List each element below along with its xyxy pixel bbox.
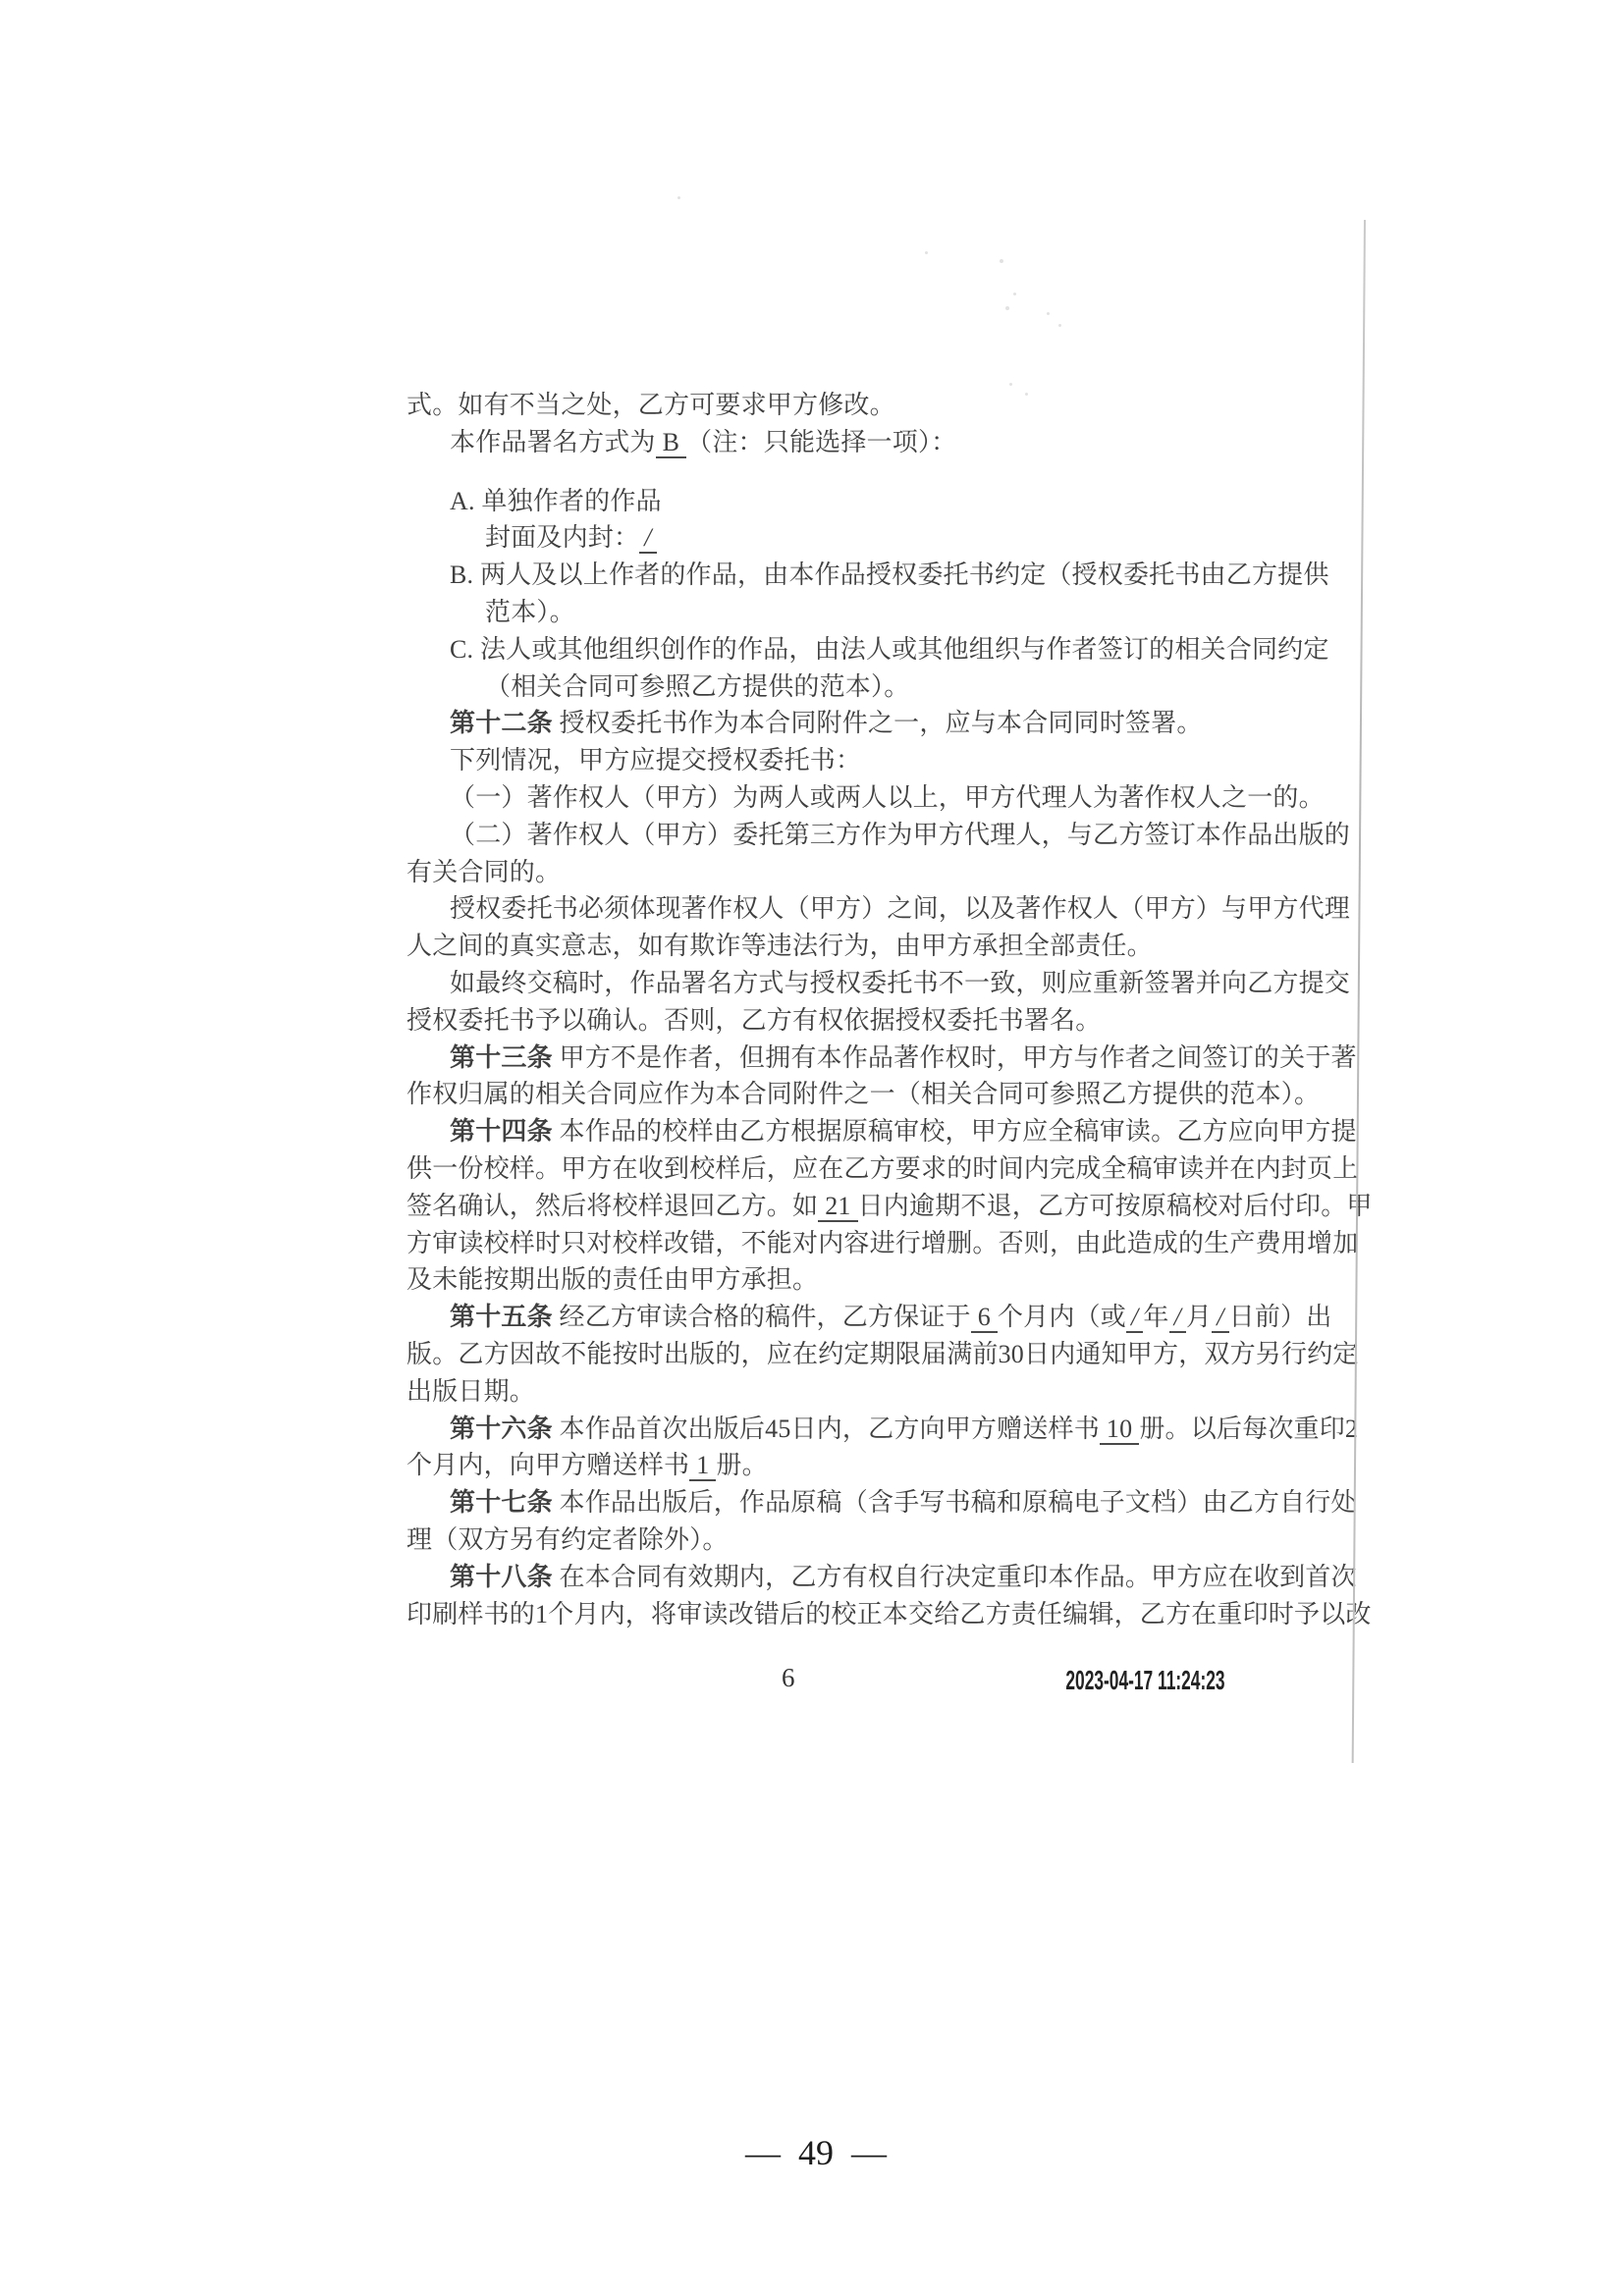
scanned-contract-page: 式。如有不当之处，乙方可要求甲方修改。 本作品署名方式为B（注：只能选择一项）：… [0, 0, 1624, 2296]
scan-speckle [1009, 383, 1012, 386]
text-segment: （二）著作权人（甲方）委托第三方作为甲方代理人，与乙方签订本作品出版的 [450, 821, 1350, 849]
document-line: 供一份校样。甲方在收到校样后，应在乙方要求的时间内完成全稿审读并在内封页上 [406, 1150, 1255, 1188]
text-segment: 册。 [716, 1451, 767, 1479]
text-segment: 个月内（或 [998, 1303, 1126, 1331]
filled-blank-value: 1 [689, 1451, 716, 1481]
text-segment: 版。乙方因故不能按时出版的，应在约定期限届满前30日内通知甲方，双方另行约定 [406, 1340, 1359, 1368]
text-segment: 人之间的真实意志，如有欺诈等违法行为，由甲方承担全部责任。 [406, 932, 1153, 960]
filled-blank-value: / [639, 523, 656, 554]
text-segment: 本作品出版后，作品原稿（含手写书稿和原稿电子文档）由乙方自行处 [553, 1488, 1357, 1517]
contract-body: 式。如有不当之处，乙方可要求甲方修改。 本作品署名方式为B（注：只能选择一项）：… [406, 387, 1255, 1632]
document-line: 授权委托书予以确认。否则，乙方有权依据授权委托书署名。 [406, 1002, 1255, 1040]
scan-speckle [1005, 306, 1009, 310]
document-line-article-17: 第十七条 本作品出版后，作品原稿（含手写书稿和原稿电子文档）由乙方自行处 [406, 1484, 1255, 1522]
text-segment: C. 法人或其他组织创作的作品，由法人或其他组织与作者签订的相关合同约定 [450, 635, 1329, 664]
text-segment: 方审读校样时只对校样改错，不能对内容进行增删。否则，由此造成的生产费用增加 [406, 1229, 1358, 1257]
filled-blank-value: / [1169, 1303, 1186, 1333]
clause-heading: 第十五条 [450, 1303, 553, 1331]
document-line: 及未能按期出版的责任由甲方承担。 [406, 1261, 1255, 1299]
text-segment: 在本合同有效期内，乙方有权自行决定重印本作品。甲方应在收到首次 [553, 1563, 1357, 1591]
text-segment: 月 [1186, 1303, 1212, 1331]
text-segment: 授权委托书作为本合同附件之一，应与本合同同时签署。 [553, 709, 1203, 737]
text-segment: 甲方不是作者，但拥有本作品著作权时，甲方与作者之间签订的关于著 [553, 1043, 1357, 1072]
text-segment: 作权归属的相关合同应作为本合同附件之一（相关合同可参照乙方提供的范本）。 [406, 1080, 1320, 1108]
filled-blank-value: 6 [971, 1303, 998, 1333]
filled-blank-value: 21 [818, 1192, 857, 1222]
text-segment: 本作品署名方式为 [450, 428, 656, 456]
filled-blank-value: / [1126, 1303, 1143, 1333]
text-segment: 授权委托书必须体现著作权人（甲方）之间，以及著作权人（甲方）与甲方代理 [450, 894, 1350, 923]
text-segment: 年 [1143, 1303, 1168, 1331]
clause-heading: 第十七条 [450, 1488, 553, 1517]
document-line: 有关合同的。 [406, 854, 1255, 891]
book-page-number: — 49 — [406, 2132, 1225, 2173]
clause-heading: 第十六条 [450, 1415, 553, 1443]
document-line: 范本）。 [406, 594, 1255, 631]
document-line-article-12: 第十二条 授权委托书作为本合同附件之一，应与本合同同时签署。 [406, 705, 1255, 742]
document-line: 个月内，向甲方赠送样书1册。 [406, 1447, 1255, 1484]
document-line: 版。乙方因故不能按时出版的，应在约定期限届满前30日内通知甲方，双方另行约定 [406, 1336, 1255, 1373]
document-line: 签名确认，然后将校样退回乙方。如21日内逾期不退，乙方可按原稿校对后付印。甲 [406, 1188, 1255, 1225]
text-segment: B. 两人及以上作者的作品，由本作品授权委托书约定（授权委托书由乙方提供 [450, 561, 1329, 589]
document-line-article-18: 第十八条 在本合同有效期内，乙方有权自行决定重印本作品。甲方应在收到首次 [406, 1559, 1255, 1596]
scan-speckle [1013, 293, 1016, 295]
document-line: 授权委托书必须体现著作权人（甲方）之间，以及著作权人（甲方）与甲方代理 [406, 890, 1255, 928]
clause-heading: 第十四条 [450, 1117, 553, 1146]
text-segment: 式。如有不当之处，乙方可要求甲方修改。 [406, 391, 895, 419]
document-line-option-c: C. 法人或其他组织创作的作品，由法人或其他组织与作者签订的相关合同约定 [406, 631, 1255, 668]
text-segment: 如最终交稿时，作品署名方式与授权委托书不一致，则应重新签署并向乙方提交 [450, 969, 1350, 997]
text-segment: 个月内，向甲方赠送样书 [406, 1451, 689, 1479]
scan-speckle [677, 196, 680, 199]
document-line-article-14: 第十四条 本作品的校样由乙方根据原稿审校，甲方应全稿审读。乙方应向甲方提 [406, 1113, 1255, 1150]
text-segment: （一）著作权人（甲方）为两人或两人以上，甲方代理人为著作权人之一的。 [450, 783, 1325, 812]
text-segment: 印刷样书的1个月内，将审读改错后的校正本交给乙方责任编辑，乙方在重印时予以改 [406, 1600, 1372, 1629]
clause-heading: 第十八条 [450, 1563, 553, 1591]
document-line: 人之间的真实意志，如有欺诈等违法行为，由甲方承担全部责任。 [406, 928, 1255, 965]
document-line: 印刷样书的1个月内，将审读改错后的校正本交给乙方责任编辑，乙方在重印时予以改 [406, 1596, 1255, 1633]
document-line: 本作品署名方式为B（注：只能选择一项）： [406, 424, 1255, 461]
document-line: 如最终交稿时，作品署名方式与授权委托书不一致，则应重新签署并向乙方提交 [406, 965, 1255, 1002]
document-line-option-a: A. 单独作者的作品 [406, 483, 1255, 520]
document-line: 封面及内封：/ [406, 519, 1255, 557]
scan-speckle [1025, 393, 1028, 396]
filled-blank-value: B [656, 428, 687, 458]
scan-speckle [1047, 312, 1050, 315]
document-line: （相关合同可参照乙方提供的范本）。 [406, 668, 1255, 706]
document-line: 式。如有不当之处，乙方可要求甲方修改。 [406, 387, 1255, 424]
filled-blank-value: 10 [1100, 1415, 1139, 1445]
scan-speckle [1058, 324, 1061, 327]
document-line: （一）著作权人（甲方）为两人或两人以上，甲方代理人为著作权人之一的。 [406, 779, 1255, 817]
document-line-option-b: B. 两人及以上作者的作品，由本作品授权委托书约定（授权委托书由乙方提供 [406, 557, 1255, 594]
clause-heading: 第十二条 [450, 709, 553, 737]
text-segment: 日前）出 [1229, 1303, 1332, 1331]
page-edge-scan-line [1352, 220, 1366, 1763]
text-segment: 签名确认，然后将校样退回乙方。如 [406, 1192, 818, 1220]
text-segment: 理（双方另有约定者除外）。 [406, 1525, 729, 1554]
document-line: （二）著作权人（甲方）委托第三方作为甲方代理人，与乙方签订本作品出版的 [406, 817, 1255, 854]
text-segment: 本作品首次出版后45日内，乙方向甲方赠送样书 [553, 1415, 1100, 1443]
document-line: 理（双方另有约定者除外）。 [406, 1522, 1255, 1559]
text-segment: A. 单独作者的作品 [450, 487, 662, 515]
document-line: 方审读校样时只对校样改错，不能对内容进行增删。否则，由此造成的生产费用增加 [406, 1225, 1255, 1262]
print-timestamp: 2023-04-17 11:24:23 [1066, 1665, 1225, 1696]
document-line-article-15: 第十五条 经乙方审读合格的稿件，乙方保证于6个月内（或/年/月/日前）出 [406, 1299, 1255, 1336]
document-line-article-13: 第十三条 甲方不是作者，但拥有本作品著作权时，甲方与作者之间签订的关于著 [406, 1040, 1255, 1077]
clause-heading: 第十三条 [450, 1043, 553, 1072]
text-segment: 本作品的校样由乙方根据原稿审校，甲方应全稿审读。乙方应向甲方提 [553, 1117, 1357, 1146]
text-segment: 下列情况，甲方应提交授权委托书： [450, 746, 861, 774]
document-line: 下列情况，甲方应提交授权委托书： [406, 742, 1255, 779]
text-segment: 范本）。 [485, 598, 575, 626]
text-segment: 经乙方审读合格的稿件，乙方保证于 [553, 1303, 971, 1331]
document-line-article-16: 第十六条 本作品首次出版后45日内，乙方向甲方赠送样书10册。以后每次重印2 [406, 1411, 1255, 1448]
scan-speckle [925, 251, 928, 254]
text-segment: 供一份校样。甲方在收到校样后，应在乙方要求的时间内完成全稿审读并在内封页上 [406, 1154, 1358, 1183]
scan-speckle [1000, 259, 1003, 263]
text-segment: （注：只能选择一项）： [686, 428, 956, 456]
text-segment: 授权委托书予以确认。否则，乙方有权依据授权委托书署名。 [406, 1006, 1101, 1035]
text-segment: 封面及内封： [485, 523, 639, 552]
document-line: 出版日期。 [406, 1373, 1255, 1411]
text-segment: 册。以后每次重印2 [1139, 1415, 1358, 1443]
text-segment: 及未能按期出版的责任由甲方承担。 [406, 1265, 818, 1294]
printed-page-number: 6 [782, 1663, 795, 1693]
filled-blank-value: / [1212, 1303, 1228, 1333]
text-segment: 有关合同的。 [406, 858, 561, 886]
document-line: 作权归属的相关合同应作为本合同附件之一（相关合同可参照乙方提供的范本）。 [406, 1076, 1255, 1113]
text-segment: 日内逾期不退，乙方可按原稿校对后付印。甲 [858, 1192, 1373, 1220]
text-segment: 出版日期。 [406, 1377, 535, 1406]
text-segment: （相关合同可参照乙方提供的范本）。 [485, 672, 909, 701]
